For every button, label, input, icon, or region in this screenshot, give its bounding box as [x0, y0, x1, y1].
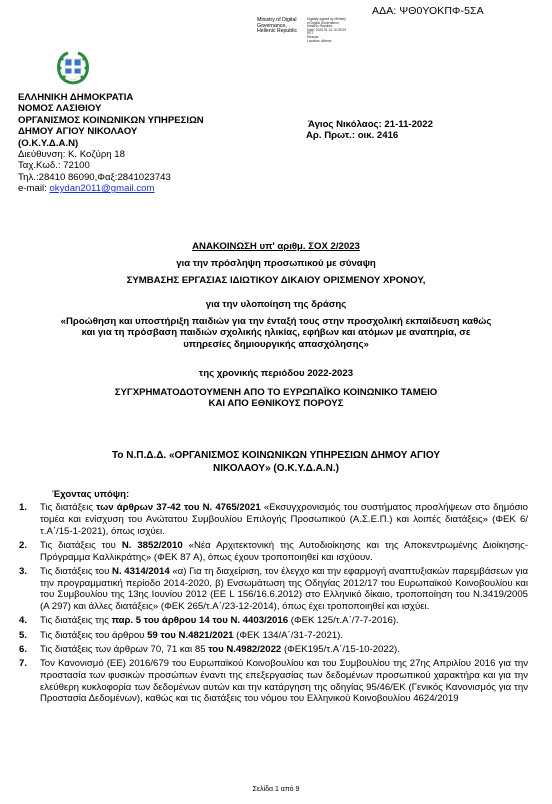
organization-block: ΕΛΛΗΝΙΚΗ ΔΗΜΟΚΡΑΤΙΑ ΝΟΜΟΣ ΛΑΣΙΘΙΟΥ ΟΡΓΑΝ…: [18, 92, 204, 195]
list-item-number: 4.: [18, 615, 40, 627]
signature-name-line: Hellenic Republic: [257, 29, 303, 35]
list-item-number: 3.: [18, 566, 40, 613]
org-address: Διεύθυνση: Κ. Κοζύρη 18: [18, 149, 204, 160]
list-item-text: Τις διατάξεις της παρ. 5 του άρθρου 14 τ…: [40, 615, 540, 627]
document-page: ΑΔΑ: ΨΘ0ΥΟΚΠΦ-5ΣΑ Ministry of DigitalGov…: [0, 0, 552, 804]
list-item: 6.Τις διατάξεις των άρθρων 70, 71 και 85…: [18, 644, 540, 656]
place-date: Άγιος Νικόλαος: 21-11-2022: [306, 119, 433, 130]
org-line: ΟΡΓΑΝΙΣΜΟΣ ΚΟΙΝΩΝΙΚΩΝ ΥΠΗΡΕΣΙΩΝ: [18, 115, 204, 126]
list-item-number: 5.: [18, 630, 40, 642]
org-line: ΔΗΜΟΥ ΑΓΙΟΥ ΝΙΚΟΛΑΟΥ: [18, 126, 204, 137]
entity-statement: Το Ν.Π.Δ.Δ. «ΟΡΓΑΝΙΣΜΟΣ ΚΟΙΝΩΝΙΚΩΝ ΥΠΗΡΕ…: [20, 450, 532, 475]
email-link[interactable]: okydan2011@gmail.com: [49, 183, 154, 194]
org-line: ΝΟΜΟΣ ΛΑΣΙΘΙΟΥ: [18, 103, 204, 114]
list-item: 2.Τις διατάξεις του Ν. 3852/2010 «Νέα Αρ…: [18, 540, 540, 564]
page-number: Σελίδα 1 από 9: [0, 786, 552, 793]
email-label: e-mail:: [18, 183, 49, 194]
text-fragment: Τον Κανονισμό (ΕΕ) 2016/679 του Ευρωπαϊκ…: [40, 658, 528, 704]
entity-line: ΝΙΚΟΛΑΟΥ» (Ο.Κ.Υ.Δ.Α.Ν.): [20, 463, 532, 476]
funding-line: ΚΑΙ ΑΠΟ ΕΘΝΙΚΟΥΣ ΠΟΡΟΥΣ: [20, 398, 532, 409]
text-fragment: Τις διατάξεις: [40, 502, 96, 513]
text-fragment: (ΦΕΚ 134/Α΄/31-7-2021).: [234, 630, 344, 641]
org-line: ΕΛΛΗΝΙΚΗ ΔΗΜΟΚΡΑΤΙΑ: [18, 92, 204, 103]
signature-detail-line: Location: Athens: [307, 40, 355, 44]
signature-details: Digitally signed by Ministryof Digital G…: [307, 18, 355, 43]
announcement-line2: ΣΥΜΒΑΣΗΣ ΕΡΓΑΣΙΑΣ ΙΔΙΩΤΙΚΟΥ ΔΙΚΑΙΟΥ ΟΡΙΣ…: [20, 275, 532, 286]
announcement-line1: για την πρόσληψη προσωπικού με σύναψη: [20, 258, 532, 269]
law-reference: Ν. 4314/2014: [112, 566, 170, 577]
list-item-text: Τον Κανονισμό (ΕΕ) 2016/679 του Ευρωπαϊκ…: [40, 658, 540, 705]
text-fragment: Τις διατάξεις του: [40, 566, 112, 577]
list-item-number: 2.: [18, 540, 40, 564]
list-item: 1.Τις διατάξεις των άρθρων 37-42 του Ν. …: [18, 502, 540, 537]
list-item-text: Τις διατάξεις των άρθρων 37-42 του Ν. 47…: [40, 502, 540, 537]
list-item-text: Τις διατάξεις του Ν. 4314/2014 «α) Για τ…: [40, 566, 540, 613]
org-email-line: e-mail: okydan2011@gmail.com: [18, 183, 204, 194]
place-date-block: Άγιος Νικόλαος: 21-11-2022 Αρ. Πρωτ.: οι…: [306, 119, 433, 142]
signature-name: Ministry of DigitalGovernance,Hellenic R…: [257, 18, 303, 43]
considering-list: 1.Τις διατάξεις των άρθρων 37-42 του Ν. …: [18, 502, 540, 707]
list-item-text: Τις διατάξεις των άρθρων 70, 71 και 85 τ…: [40, 644, 540, 656]
ada-code: ΑΔΑ: ΨΘ0ΥΟΚΠΦ-5ΣΑ: [372, 5, 484, 17]
list-item-text: Τις διατάξεις του Ν. 3852/2010 «Νέα Αρχι…: [40, 540, 540, 564]
list-item-number: 1.: [18, 502, 40, 537]
funding: ΣΥΓΧΡΗΜΑΤΟΔΟΤΟΥΜΕΝΗ ΑΠΟ ΤΟ ΕΥΡΩΠΑΪΚΟ ΚΟΙ…: [20, 387, 532, 410]
text-fragment: Τις διατάξεις της: [40, 615, 112, 626]
list-item: 3.Τις διατάξεις του Ν. 4314/2014 «α) Για…: [18, 566, 540, 613]
announcement-title: ΑΝΑΚΟΙΝΩΣΗ υπ' αριθμ. ΣΟΧ 2/2023: [20, 241, 532, 252]
action-title: «Προώθηση και υποστήριξη παιδιών για την…: [20, 316, 532, 350]
law-reference: παρ. 5 του άρθρου 14 του Ν. 4403/2016: [112, 615, 289, 626]
action-line: υπηρεσίες δημιουργικής απασχόλησης»: [20, 339, 532, 350]
list-item-text: Τις διατάξεις του άρθρου 59 του Ν.4821/2…: [40, 630, 540, 642]
text-fragment: (ΦΕΚ195/τ.Α΄/15-10-2022).: [281, 644, 400, 655]
announcement-line3: για την υλοποίηση της δράσης: [20, 299, 532, 310]
text-fragment: Τις διατάξεις του άρθρου: [40, 630, 147, 641]
period: της χρονικής περιόδου 2022-2023: [20, 368, 532, 379]
text-fragment: (ΦΕΚ 125/τ.Α΄/7-7-2016).: [288, 615, 399, 626]
greek-coat-of-arms-icon: [55, 50, 91, 86]
text-fragment: Τις διατάξεις των άρθρων 70, 71 και 85: [40, 644, 208, 655]
org-line: (Ο.Κ.Υ.Δ.Α.Ν): [18, 138, 204, 149]
action-line: και για τη πρόσβαση παιδιών σχολικής ηλι…: [20, 327, 532, 338]
entity-line: Το Ν.Π.Δ.Δ. «ΟΡΓΑΝΙΣΜΟΣ ΚΟΙΝΩΝΙΚΩΝ ΥΠΗΡΕ…: [20, 450, 532, 463]
law-reference: των άρθρων 37-42 του Ν. 4765/2021: [96, 502, 261, 513]
list-item: 7.Τον Κανονισμό (ΕΕ) 2016/679 του Ευρωπα…: [18, 658, 540, 705]
considering-heading: Έχοντας υπόψη:: [52, 489, 129, 500]
action-line: «Προώθηση και υποστήριξη παιδιών για την…: [20, 316, 532, 327]
list-item: 5.Τις διατάξεις του άρθρου 59 του Ν.4821…: [18, 630, 540, 642]
protocol-number: Αρ. Πρωτ.: οικ. 2416: [306, 130, 433, 141]
law-reference: του Ν.4982/2022: [208, 644, 281, 655]
list-item: 4.Τις διατάξεις της παρ. 5 του άρθρου 14…: [18, 615, 540, 627]
org-postal: Ταχ.Κωδ.: 72100: [18, 160, 204, 171]
list-item-number: 7.: [18, 658, 40, 705]
funding-line: ΣΥΓΧΡΗΜΑΤΟΔΟΤΟΥΜΕΝΗ ΑΠΟ ΤΟ ΕΥΡΩΠΑΪΚΟ ΚΟΙ…: [20, 387, 532, 398]
law-reference: Ν. 3852/2010: [122, 540, 183, 551]
law-reference: 59 του Ν.4821/2021: [147, 630, 233, 641]
list-item-number: 6.: [18, 644, 40, 656]
org-phone: Τηλ.:28410 86090,Φαξ:2841023743: [18, 172, 204, 183]
text-fragment: Τις διατάξεις του: [40, 540, 122, 551]
digital-signature: Ministry of DigitalGovernance,Hellenic R…: [257, 18, 355, 43]
